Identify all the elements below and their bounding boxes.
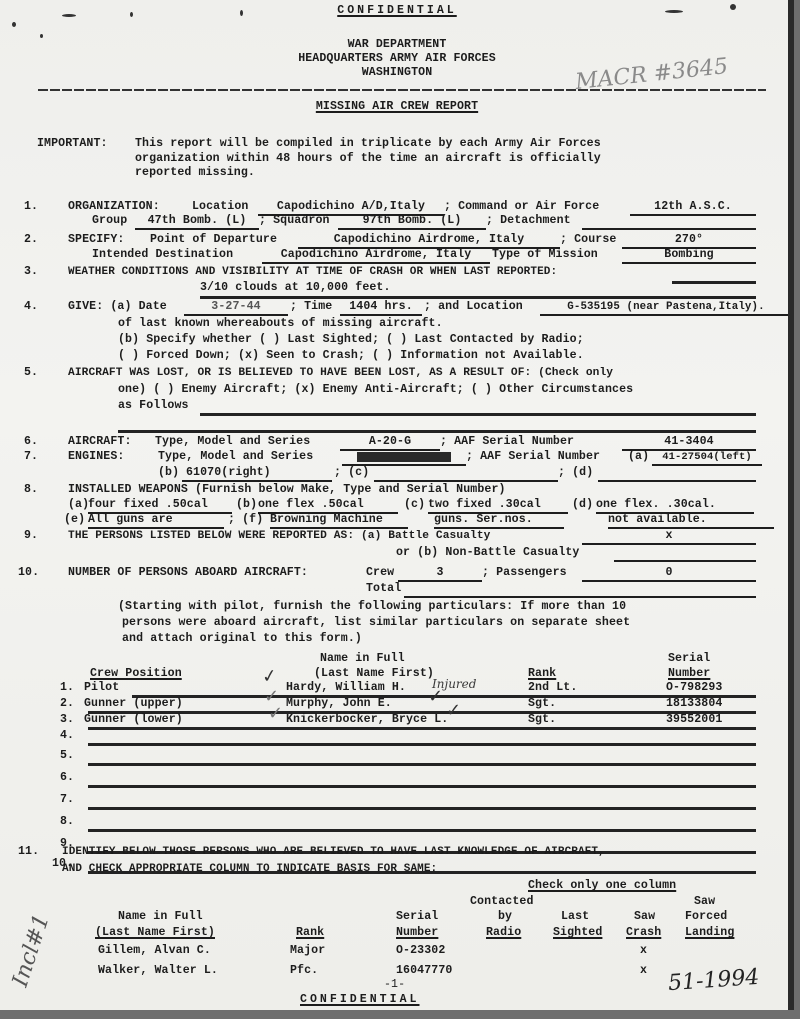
s7-a-label: (a): [628, 450, 649, 464]
s11-header-forced-2: Forced: [685, 910, 727, 924]
stamp-number: 51-1994: [667, 965, 760, 996]
crew-row-line: [88, 807, 756, 810]
s11-header-crash-2: Crash: [626, 926, 661, 940]
s1-detachment-value: [582, 214, 756, 230]
s1-location-label: Location: [192, 200, 248, 214]
s4-location-value: G-535195 (near Pastena,Italy).: [540, 300, 792, 316]
s11-header-serial-1: Serial: [396, 910, 438, 924]
s11-header-name-1: Name in Full: [118, 910, 203, 924]
crew-row-line: [88, 829, 756, 832]
crew-row-line: [88, 743, 756, 746]
s2-label: SPECIFY:: [68, 233, 124, 247]
s8-number: 8.: [24, 483, 38, 497]
crew-header-name-1: Name in Full: [320, 652, 405, 666]
s7-number: 7.: [24, 450, 38, 464]
s8-e-value: All guns are: [88, 513, 224, 529]
crew-row-rank: 2nd Lt.: [528, 681, 577, 695]
s9-nonbattle-value: [614, 546, 756, 562]
crew-row-serial: 39552001: [666, 713, 722, 727]
s7-label: ENGINES:: [68, 450, 124, 464]
important-line-1: This report will be compiled in triplica…: [135, 137, 601, 151]
s4-label: GIVE: (a) Date: [68, 300, 167, 314]
s11-header-name-2: (Last Name First): [95, 926, 215, 940]
s7-type-value: R-2600-23(Wright): [342, 450, 466, 466]
s6-number: 6.: [24, 435, 38, 449]
witness-row-serial: 16047770: [396, 964, 452, 978]
s10-total-value: [404, 582, 756, 598]
s4-location-label: ; and Location: [424, 300, 523, 314]
s11-check-note: Check only one column: [528, 879, 676, 893]
s1-squadron-value: 97th Bomb. (L): [338, 214, 486, 230]
s8-c-value: two fixed .30cal: [428, 498, 568, 514]
s1-squadron-label: ; Squadron: [259, 214, 330, 228]
s11-header-crash-1: Saw: [634, 910, 655, 924]
s10-label: NUMBER OF PERSONS ABOARD AIRCRAFT:: [68, 566, 308, 580]
margin-note: Incl#1: [8, 911, 55, 990]
crew-row-number: 5.: [60, 749, 74, 763]
crew-row-number: 4.: [60, 729, 74, 743]
witness-row-name: Gillem, Alvan C.: [98, 944, 211, 958]
crew-row-line: [88, 727, 756, 730]
crew-row-name: Hardy, William H.: [286, 681, 406, 695]
crew-header-name-2: (Last Name First): [314, 667, 434, 681]
header-divider: [38, 89, 766, 91]
check-mark-icon: ✓: [268, 703, 283, 724]
witness-row-rank: Pfc.: [290, 964, 318, 978]
header-line-1: WAR DEPARTMENT: [0, 38, 794, 52]
s6-serial-value: 41-3404: [622, 435, 756, 451]
s4-time-value: 1404 hrs.: [340, 300, 422, 316]
s10-passengers-value: 0: [582, 566, 756, 582]
crew-header-rank: Rank: [528, 667, 556, 681]
s1-detachment-label: ; Detachment: [486, 214, 571, 228]
s9-number: 9.: [24, 529, 38, 543]
s2-destination-label: Intended Destination: [92, 248, 233, 262]
s8-g-value: guns. Ser.nos.: [434, 513, 564, 529]
report-title: MISSING AIR CREW REPORT: [0, 100, 794, 114]
s10-total-label: Total: [366, 582, 401, 596]
s11-header-sighted-1: Last: [561, 910, 589, 924]
s8-d-value: one flex. .30cal.: [596, 498, 754, 514]
s11-header-forced-3: Landing: [685, 926, 734, 940]
s8-a-value: four fixed .50cal: [88, 498, 232, 514]
s8-b-value: one flex .50cal: [258, 498, 398, 514]
crew-header-serial-2: Number: [668, 667, 710, 681]
s10-number: 10.: [18, 566, 39, 580]
s5-line-2: one) ( ) Enemy Aircraft; (x) Enemy Anti-…: [118, 383, 633, 397]
crew-header-serial-1: Serial: [668, 652, 710, 666]
s4-date-value: 3-27-44: [184, 300, 288, 316]
s11-header-radio-2: by: [498, 910, 512, 924]
s1-group-value: 47th Bomb. (L): [135, 214, 259, 230]
s2-course-label: ; Course: [560, 233, 616, 247]
crew-row-line: [132, 695, 756, 698]
s9-nonbattle-label: or (b) Non-Battle Casualty: [396, 546, 580, 560]
crew-row-position: Gunner (lower): [84, 713, 183, 727]
s11-header-serial-2: Number: [396, 926, 438, 940]
important-line-2: organization within 48 hours of the time…: [135, 152, 601, 166]
s10-crew-value: 3: [398, 566, 482, 582]
s3-number: 3.: [24, 265, 38, 279]
s11-header-forced-1: Saw: [694, 895, 715, 909]
s11-line-2: AND CHECK APPROPRIATE COLUMN TO INDICATE…: [62, 862, 437, 876]
s2-course-value: 270°: [622, 233, 756, 249]
s11-line-1: IDENTIFY BELOW THOSE PERSONS WHO ARE BEL…: [62, 845, 605, 859]
s5-line-3: as Follows: [118, 399, 189, 413]
document-page: CONFIDENTIAL WAR DEPARTMENT HEADQUARTERS…: [0, 0, 794, 1010]
s3-label: WEATHER CONDITIONS AND VISIBILITY AT TIM…: [68, 265, 557, 279]
s2-departure-value: Capodichino Airdrome, Italy: [298, 233, 560, 249]
s7-a-value: 41-27504(left): [652, 450, 762, 466]
crew-row-line: [88, 763, 756, 766]
witness-row-crash: x: [640, 944, 647, 958]
s2-departure-label: Point of Departure: [150, 233, 277, 247]
crew-header-position: Crew Position: [90, 667, 182, 681]
crew-row-number: 1.: [60, 681, 74, 695]
s7-c-label: ; (c): [334, 466, 369, 480]
s1-command-label: ; Command or Air Force: [444, 200, 599, 214]
crew-row-line: [88, 785, 756, 788]
important-label: IMPORTANT:: [37, 137, 108, 151]
s8-label: INSTALLED WEAPONS (Furnish below Make, T…: [68, 483, 506, 497]
check-mark-icon: ✓: [428, 686, 443, 707]
check-mark-icon: ✓: [261, 665, 279, 688]
witness-row-crash: x: [640, 964, 647, 978]
s1-group-label: Group: [92, 214, 127, 228]
s6-serial-label: ; AAF Serial Number: [440, 435, 574, 449]
page-number: -1-: [384, 978, 405, 992]
s5-line-1: AIRCRAFT WAS LOST, OR IS BELIEVED TO HAV…: [68, 366, 613, 380]
s7-d-label: ; (d): [558, 466, 593, 480]
crew-row-number: 7.: [60, 793, 74, 807]
s6-label: AIRCRAFT:: [68, 435, 132, 449]
s10-note-1: (Starting with pilot, furnish the follow…: [118, 600, 626, 614]
witness-row-name: Walker, Walter L.: [98, 964, 218, 978]
s11-header-rank: Rank: [296, 926, 324, 940]
s11-header-radio-3: Radio: [486, 926, 521, 940]
s7-serial-label: ; AAF Serial Number: [466, 450, 600, 464]
s11-number: 11.: [18, 845, 39, 859]
s10-note-3: and attach original to this form.): [122, 632, 362, 646]
s6-type-value: A-20-G: [340, 435, 440, 451]
s2-mission-label: Type of Mission: [492, 248, 598, 262]
s4-line-4: ( ) Forced Down; (x) Seen to Crash; ( ) …: [118, 349, 584, 363]
witness-row-rank: Major: [290, 944, 325, 958]
s11-header-radio-1: Contacted: [470, 895, 534, 909]
crew-row-number: 8.: [60, 815, 74, 829]
s9-label: THE PERSONS LISTED BELOW WERE REPORTED A…: [68, 529, 490, 543]
s7-b-value: 61070(right): [182, 466, 332, 482]
s4-line-3: (b) Specify whether ( ) Last Sighted; ( …: [118, 333, 584, 347]
crew-row-number: 2.: [60, 697, 74, 711]
s6-type-label: Type, Model and Series: [155, 435, 310, 449]
crew-row-rank: Sgt.: [528, 697, 556, 711]
s4-line-2: of last known whereabouts of missing air…: [118, 317, 443, 331]
s11-header-sighted-2: Sighted: [553, 926, 602, 940]
s10-note-2: persons were aboard aircraft, list simil…: [122, 616, 630, 630]
s4-number: 4.: [24, 300, 38, 314]
s10-passengers-label: ; Passengers: [482, 566, 567, 580]
s7-type-label: Type, Model and Series: [158, 450, 313, 464]
crew-row-rank: Sgt.: [528, 713, 556, 727]
s3-value: 3/10 clouds at 10,000 feet.: [200, 281, 391, 295]
s1-label: ORGANIZATION:: [68, 200, 160, 214]
s5-number: 5.: [24, 366, 38, 380]
s2-mission-value: Bombing: [622, 248, 756, 264]
crew-row-serial: 18133804: [666, 697, 722, 711]
s10-crew-label: Crew: [366, 566, 394, 580]
s2-destination-value: Capodichino Airdrome, Italy: [262, 248, 490, 264]
crew-row-serial: O-798293: [666, 681, 722, 695]
crew-row-number: 6.: [60, 771, 74, 785]
crew-row-position: Pilot: [84, 681, 119, 695]
classification-bottom: CONFIDENTIAL: [300, 993, 420, 1007]
witness-row-serial: O-23302: [396, 944, 445, 958]
s2-number: 2.: [24, 233, 38, 247]
important-line-3: reported missing.: [135, 166, 255, 180]
s8-h-value: not available.: [608, 513, 774, 529]
s4-time-label: ; Time: [290, 300, 332, 314]
check-mark-icon: ✓: [446, 700, 461, 721]
crew-row-name: Murphy, John E.: [286, 697, 392, 711]
s8-f-value: Browning Machine: [270, 513, 408, 529]
s1-number: 1.: [24, 200, 38, 214]
s7-b-label: (b): [158, 466, 179, 480]
s9-battle-value: x: [582, 529, 756, 545]
classification-top: CONFIDENTIAL: [0, 4, 794, 18]
crew-row-number: 3.: [60, 713, 74, 727]
crew-row-position: Gunner (upper): [84, 697, 183, 711]
crew-row-name: Knickerbocker, Bryce L.: [286, 713, 448, 727]
